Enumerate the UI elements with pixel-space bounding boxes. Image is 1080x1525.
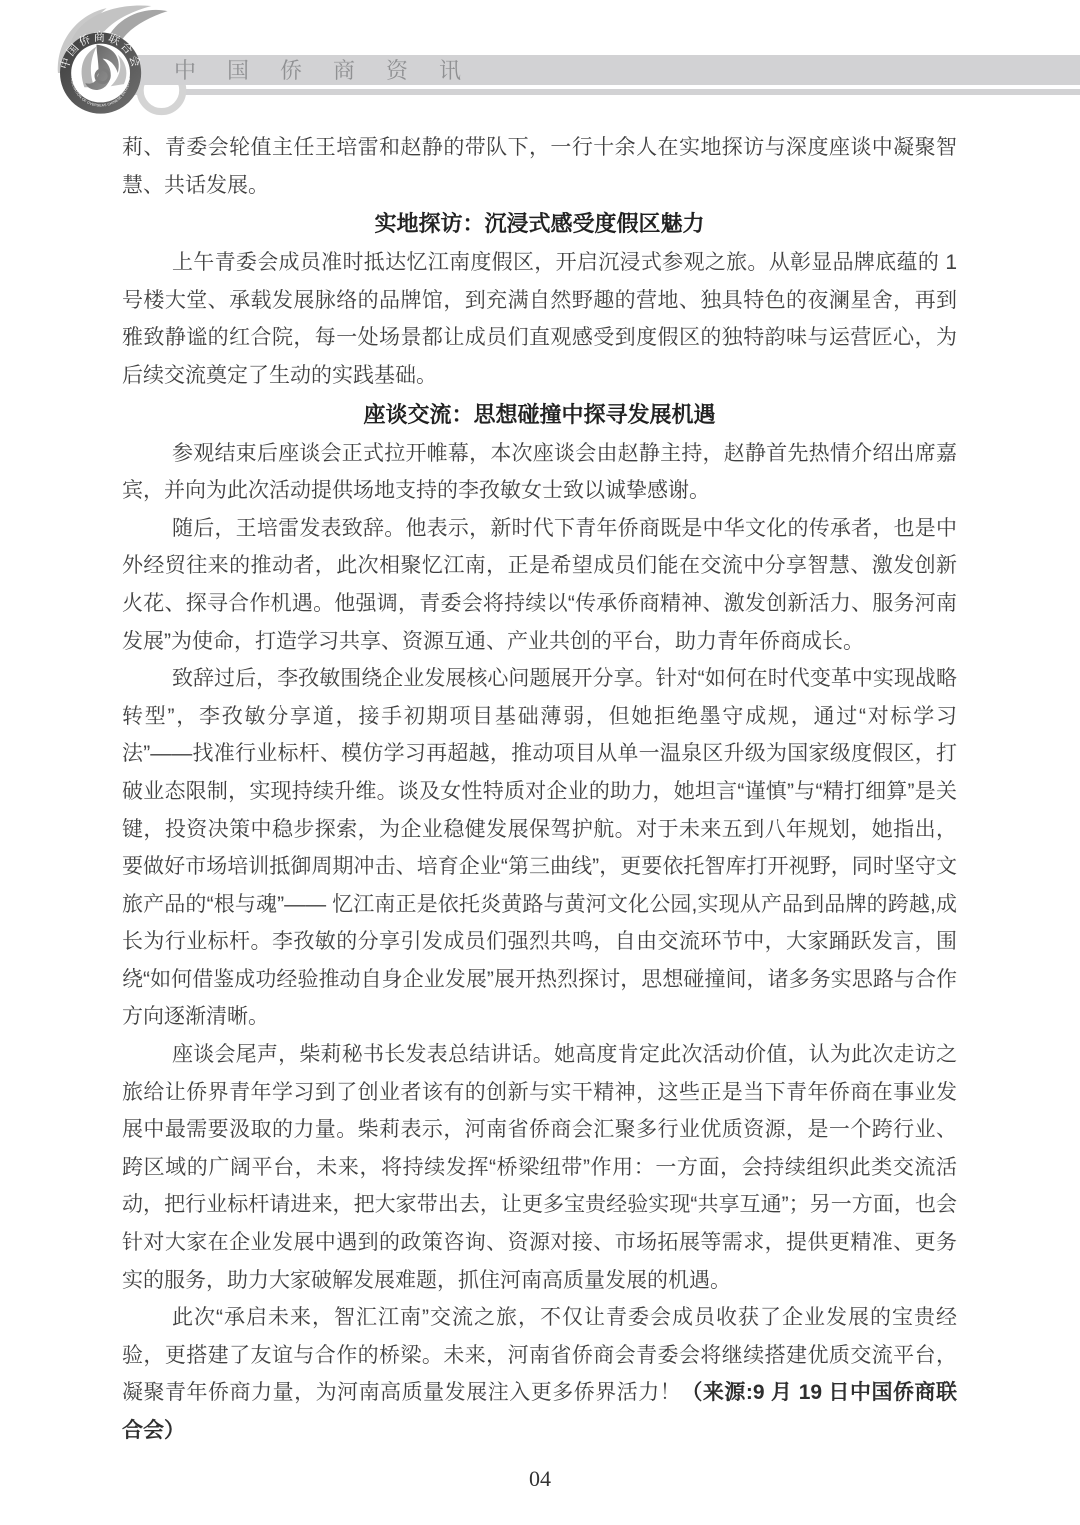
body-paragraph: 此次“承启未来，智汇江南”交流之旅，不仅让青委会成员收获了企业发展的宝贵经验，更… [122, 1299, 957, 1449]
body-paragraph: 致辞过后，李孜敏围绕企业发展核心问题展开分享。针对“如何在时代变革中实现战略转型… [122, 660, 957, 1036]
page-number: 04 [0, 1466, 1080, 1492]
section-heading: 实地探访：沉浸式感受度假区魅力 [122, 204, 957, 244]
document-page: 中国侨商资讯 中国侨商联合会 CHINA FEDERATION OF OVERS… [0, 0, 1080, 1525]
body-paragraph: 随后，王培雷发表致辞。他表示，新时代下青年侨商既是中华文化的传承者，也是中外经贸… [122, 510, 957, 660]
body-paragraph: 上午青委会成员准时抵达忆江南度假区，开启沉浸式参观之旅。从彰显品牌底蕴的 1 号… [122, 244, 957, 394]
section-heading: 座谈交流：思想碰撞中探寻发展机遇 [122, 395, 957, 435]
body-paragraph: 座谈会尾声，柴莉秘书长发表总结讲话。她高度肯定此次活动价值，认为此次走访之旅给让… [122, 1036, 957, 1299]
federation-seal-logo: 中国侨商联合会 CHINA FEDERATION OF OVERSEAS CHI… [30, 2, 230, 142]
continuation-paragraph: 莉、青委会轮值主任王培雷和赵静的带队下，一行十余人在实地探访与深度座谈中凝聚智慧… [122, 129, 957, 204]
article-body: 莉、青委会轮值主任王培雷和赵静的带队下，一行十余人在实地探访与深度座谈中凝聚智慧… [122, 129, 957, 1450]
source-attribution: （来源:9 月 19 日中国侨商联合会） [122, 1381, 957, 1442]
body-paragraph: 参观结束后座谈会正式拉开帷幕，本次座谈会由赵静主持，赵静首先热情介绍出席嘉宾，并… [122, 435, 957, 510]
header-thin-rule [112, 89, 1080, 95]
